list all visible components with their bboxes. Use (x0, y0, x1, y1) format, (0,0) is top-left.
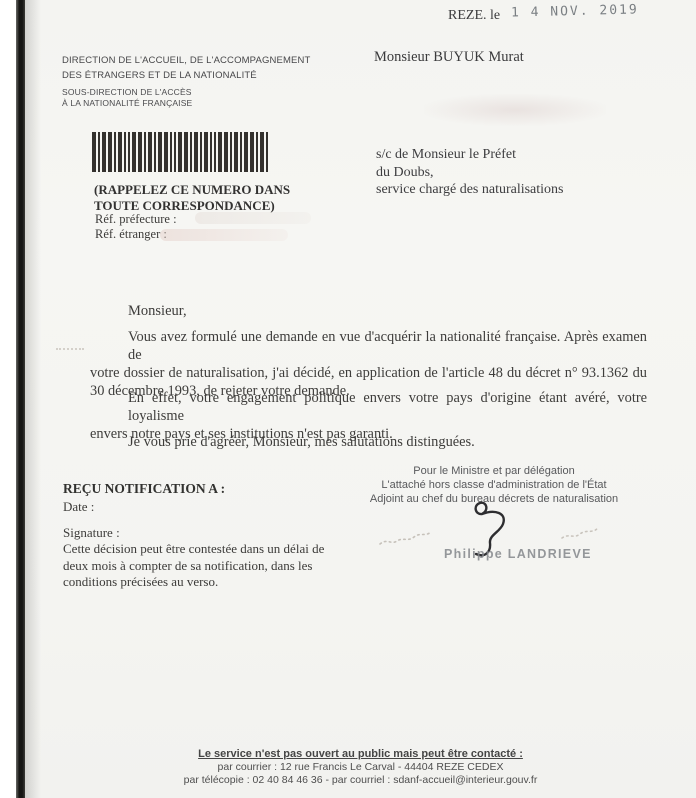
sender-subdirection-line2: À LA NATIONALITÉ FRANÇAISE (62, 98, 192, 109)
care-of-line2: du Doubs, (376, 164, 564, 182)
redacted-ref-prefecture (195, 212, 311, 224)
sender-direction-line1: DIRECTION DE L'ACCUEIL, DE L'ACCOMPAGNEM… (62, 53, 311, 68)
barcode-note: (RAPPELEZ CE NUMERO DANS TOUTE CORRESPON… (94, 182, 290, 213)
paragraph-2-line1: En effet, votre engagement politique env… (90, 389, 647, 425)
paragraph-1-line2: votre dossier de naturalisation, j'ai dé… (90, 364, 647, 382)
barcode-note-line2: TOUTE CORRESPONDANCE) (94, 198, 290, 214)
footer-fax-email-line: par télécopie : 02 40 84 46 36 - par cou… (25, 774, 696, 786)
care-of-line3: service chargé des naturalisations (376, 181, 564, 199)
paragraph-1-line1: Vous avez formulé une demande en vue d'a… (90, 328, 647, 364)
ref-etranger-label: Réf. étranger : (95, 227, 167, 242)
scan-shadow (25, 0, 41, 798)
sender-direction-line2: DES ÉTRANGERS ET DE LA NATIONALITÉ (62, 68, 311, 83)
barcode-note-line1: (RAPPELEZ CE NUMERO DANS (94, 182, 290, 198)
care-of-block: s/c de Monsieur le Préfet du Doubs, serv… (376, 146, 564, 199)
barcode-image (92, 132, 268, 172)
redacted-ref-etranger (160, 229, 288, 241)
notification-signature-label: Signature : (63, 525, 120, 541)
place-date-label: REZE. le (448, 8, 500, 24)
closing-formula: Je vous prie d'agréer, Monsieur, mes sal… (90, 434, 647, 451)
signer-name: Philippe LANDRIEVE (444, 547, 592, 561)
scan-edge (16, 0, 25, 798)
delegation-line2: L'attaché hors classe d'administration d… (352, 478, 636, 492)
scanned-letter: REZE. le 1 4 NOV. 2019 DIRECTION DE L'AC… (0, 0, 696, 798)
footer-contact-title: Le service n'est pas ouvert au public ma… (25, 748, 696, 760)
footer-mail-line: par courrier : 12 rue Francis Le Carval … (25, 761, 696, 773)
recipient-name: Monsieur BUYUK Murat (374, 49, 524, 66)
salutation: Monsieur, (128, 303, 187, 320)
care-of-line1: s/c de Monsieur le Préfet (376, 146, 564, 164)
appeal-notice-line1: Cette décision peut être contestée dans … (63, 541, 363, 558)
sender-subdirection: SOUS-DIRECTION DE L'ACCÈS À LA NATIONALI… (62, 87, 192, 108)
redacted-address (424, 94, 606, 126)
ref-prefecture-label: Réf. préfecture : (95, 212, 177, 227)
notification-date-label: Date : (63, 499, 94, 515)
date-stamp: 1 4 NOV. 2019 (511, 2, 639, 20)
delegation-line1: Pour le Ministre et par délégation (352, 464, 636, 478)
appeal-notice-line3: conditions précisées au verso. (63, 574, 363, 591)
footer-contact-block: Le service n'est pas ouvert au public ma… (25, 748, 696, 786)
sender-subdirection-line1: SOUS-DIRECTION DE L'ACCÈS (62, 87, 192, 98)
appeal-notice: Cette décision peut être contestée dans … (63, 541, 363, 591)
notification-title: REÇU NOTIFICATION A : (63, 481, 225, 497)
appeal-notice-line2: deux mois à compter de sa notification, … (63, 558, 363, 575)
sender-direction: DIRECTION DE L'ACCUEIL, DE L'ACCOMPAGNEM… (62, 53, 311, 83)
scan-artifact-dashes (56, 348, 84, 350)
